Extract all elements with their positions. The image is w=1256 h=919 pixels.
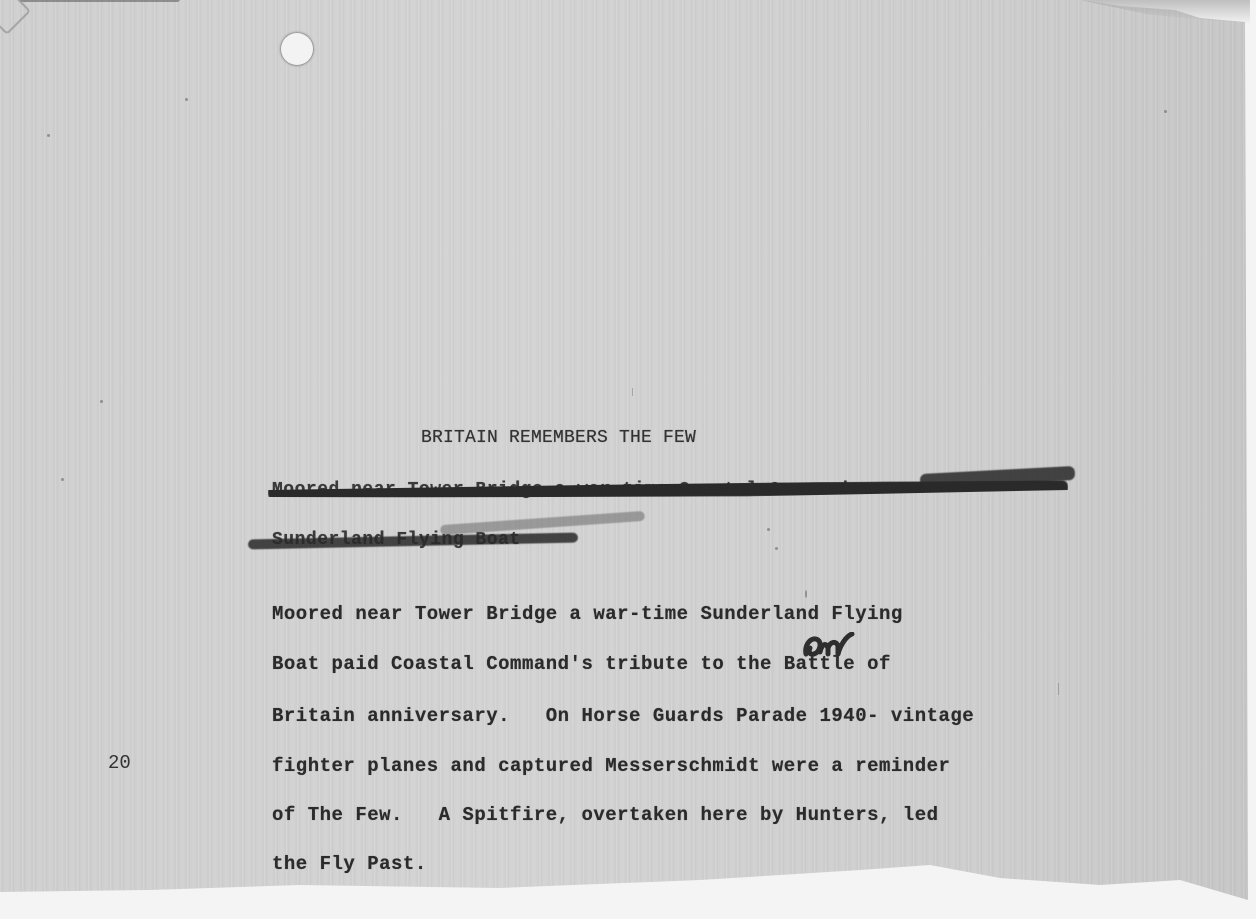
speck [767, 528, 770, 531]
body-line: Britain anniversary. On Horse Guards Par… [272, 705, 974, 727]
punch-hole [280, 32, 314, 66]
handwritten-correction-icon [802, 632, 856, 662]
document-title: BRITAIN REMEMBERS THE FEW [421, 428, 696, 448]
body-line: the Fly Past. [272, 853, 427, 875]
speck [775, 547, 778, 550]
speck [100, 400, 103, 403]
speck [185, 98, 188, 101]
faint-mark [1058, 683, 1059, 695]
speck [805, 590, 807, 598]
body-line: Moored near Tower Bridge a war-time Sund… [272, 603, 903, 625]
faint-mark [632, 388, 633, 396]
margin-line-number: 20 [108, 752, 131, 774]
body-line: of The Few. A Spitfire, overtaken here b… [272, 804, 939, 826]
top-edge-ink-mark [20, 0, 180, 2]
speck [61, 478, 64, 481]
body-line: Boat paid Coastal Command's tribute to t… [272, 653, 891, 675]
speck [47, 134, 50, 137]
speck [1164, 110, 1167, 113]
body-line: fighter planes and captured Messerschmid… [272, 755, 950, 777]
